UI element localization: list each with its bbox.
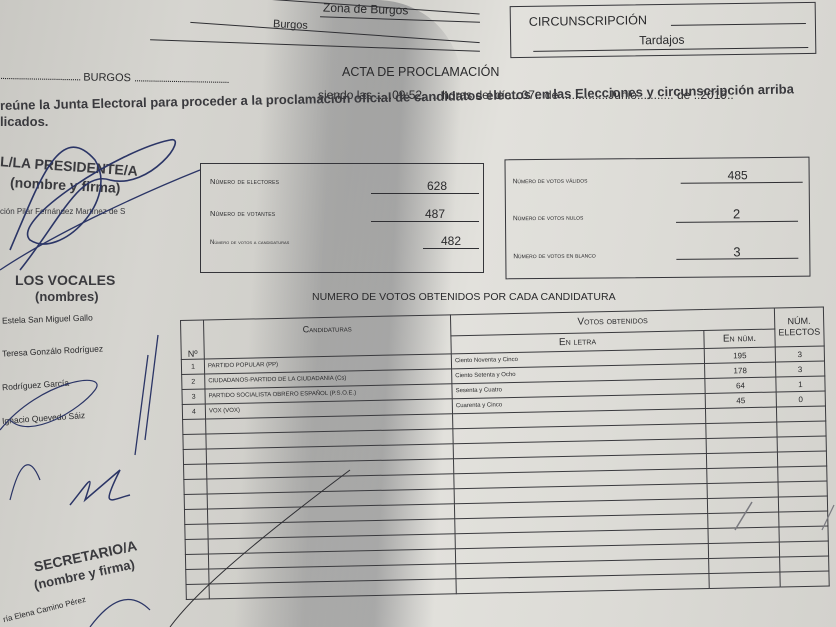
stat-value-nulos: 2 bbox=[733, 206, 740, 221]
empty-cell bbox=[705, 407, 776, 423]
empty-cell bbox=[186, 584, 209, 599]
stat-label-votantes: Número de votantes bbox=[210, 209, 275, 218]
stat-label-electores: Número de electores bbox=[210, 177, 279, 186]
vocales-subheading: (nombres) bbox=[35, 289, 99, 304]
empty-cell bbox=[778, 481, 827, 497]
empty-cell bbox=[780, 571, 829, 587]
empty-cell bbox=[184, 479, 207, 494]
stat-label-blanco: Número de votos en blanco bbox=[513, 253, 595, 261]
empty-cell bbox=[709, 572, 780, 588]
empty-cell bbox=[708, 512, 779, 528]
col-no-header: Nº bbox=[181, 320, 205, 359]
stats-box-left: Número de electores 628 Número de votant… bbox=[200, 163, 484, 273]
vocal-name-1: Estela San Miguel Gallo bbox=[2, 312, 93, 325]
col-num-header: En núm. bbox=[704, 329, 775, 349]
row-electos: 0 bbox=[776, 391, 825, 407]
presidente-name: ción Pilar Fernández Martínez de S bbox=[0, 207, 125, 216]
empty-cell bbox=[183, 419, 206, 434]
empty-cell bbox=[777, 421, 826, 437]
row-number: 4 bbox=[182, 404, 205, 419]
header-rule bbox=[150, 0, 479, 15]
presidente-subheading: (nombre y firma) bbox=[10, 174, 121, 196]
stat-underline bbox=[371, 193, 479, 194]
stat-value-votantes: 487 bbox=[425, 207, 445, 221]
stat-value-blanco: 3 bbox=[733, 244, 740, 259]
provincia-underline bbox=[190, 22, 479, 43]
row-electos: 3 bbox=[775, 346, 824, 362]
stat-underline bbox=[423, 248, 479, 249]
empty-cell bbox=[183, 449, 206, 464]
empty-cell bbox=[706, 437, 777, 453]
row-electos: 3 bbox=[776, 361, 825, 377]
empty-cell bbox=[706, 452, 777, 468]
stats-box-right: Número de votos válidos 485 Número de vo… bbox=[504, 157, 810, 280]
circunscripcion-box: CIRCUNSCRIPCIÓN Tardajos bbox=[510, 2, 817, 58]
stat-underline bbox=[681, 182, 803, 184]
table-caption: NUMERO DE VOTOS OBTENIDOS POR CADA CANDI… bbox=[312, 291, 616, 303]
circunscripcion-value: Tardajos bbox=[639, 33, 685, 48]
empty-cell bbox=[184, 509, 207, 524]
empty-cell bbox=[708, 527, 779, 543]
empty-cell bbox=[707, 467, 778, 483]
vocal-name-4: Ignacio Quevedo Sáiz bbox=[2, 410, 86, 426]
row-en-num: 195 bbox=[704, 347, 775, 363]
empty-cell bbox=[779, 511, 828, 527]
empty-cell bbox=[779, 541, 828, 557]
secretario-name: ría Elena Camino Pérez bbox=[2, 595, 87, 624]
empty-cell bbox=[184, 464, 207, 479]
empty-cell bbox=[777, 436, 826, 452]
empty-cell bbox=[779, 526, 828, 542]
empty-cell bbox=[707, 482, 778, 498]
stat-underline bbox=[676, 258, 798, 260]
row-electos: 1 bbox=[776, 376, 825, 392]
candidaturas-table: Nº Candidaturas Votos obtenidos NÚM. ELE… bbox=[180, 307, 830, 600]
circunscripcion-label: CIRCUNSCRIPCIÓN bbox=[529, 13, 647, 29]
circunscripcion-rule bbox=[671, 23, 806, 26]
vocal-name-3: Rodríguez García bbox=[2, 378, 70, 393]
row-number: 1 bbox=[181, 359, 204, 374]
col-electos-header: NÚM. ELECTOS bbox=[774, 307, 824, 347]
row-number: 3 bbox=[182, 389, 205, 404]
empty-cell bbox=[186, 569, 209, 584]
document-title: ACTA DE PROCLAMACIÓN bbox=[342, 65, 499, 79]
intro-location: ....................................... … bbox=[0, 70, 229, 86]
empty-cell bbox=[776, 406, 825, 422]
empty-cell bbox=[777, 451, 826, 467]
intro-text-line2: licados. bbox=[0, 114, 48, 129]
header-rule-2 bbox=[150, 39, 480, 52]
empty-cell bbox=[185, 524, 208, 539]
row-en-num: 64 bbox=[705, 377, 776, 393]
stat-underline bbox=[676, 221, 798, 223]
empty-cell bbox=[185, 539, 208, 554]
empty-cell bbox=[706, 422, 777, 438]
stat-label-nulos: Número de votos nulos bbox=[513, 215, 583, 223]
zona-label: Zona de Burgos bbox=[323, 1, 409, 18]
circunscripcion-value-underline bbox=[533, 47, 808, 52]
stat-label-validos: Número de votos válidos bbox=[513, 178, 588, 186]
intro-text-line1: reúne la Junta Electoral para proceder a… bbox=[0, 81, 794, 113]
empty-cell bbox=[184, 494, 207, 509]
empty-cell bbox=[183, 434, 206, 449]
vocal-name-2: Teresa Gonzálo Rodríguez bbox=[2, 343, 104, 358]
row-en-num: 45 bbox=[705, 392, 776, 408]
empty-cell bbox=[708, 542, 779, 558]
empty-cell bbox=[780, 556, 829, 572]
empty-cell bbox=[709, 557, 780, 573]
row-en-num: 178 bbox=[705, 362, 776, 378]
stat-label-votos-candidaturas: Número de votos a candidaturas bbox=[210, 240, 289, 246]
empty-cell bbox=[778, 466, 827, 482]
row-number: 2 bbox=[182, 374, 205, 389]
vocales-heading: LOS VOCALES bbox=[15, 272, 115, 288]
empty-cell bbox=[185, 554, 208, 569]
empty-cell bbox=[707, 497, 778, 513]
stat-value-validos: 485 bbox=[728, 168, 748, 182]
col-candidaturas-header: Candidaturas bbox=[204, 315, 452, 359]
stat-value-votos-candidaturas: 482 bbox=[441, 234, 461, 248]
stat-underline bbox=[371, 221, 479, 222]
stat-value-electores: 628 bbox=[427, 179, 447, 193]
intro-lugar: BURGOS bbox=[83, 71, 131, 84]
empty-cell bbox=[778, 496, 827, 512]
